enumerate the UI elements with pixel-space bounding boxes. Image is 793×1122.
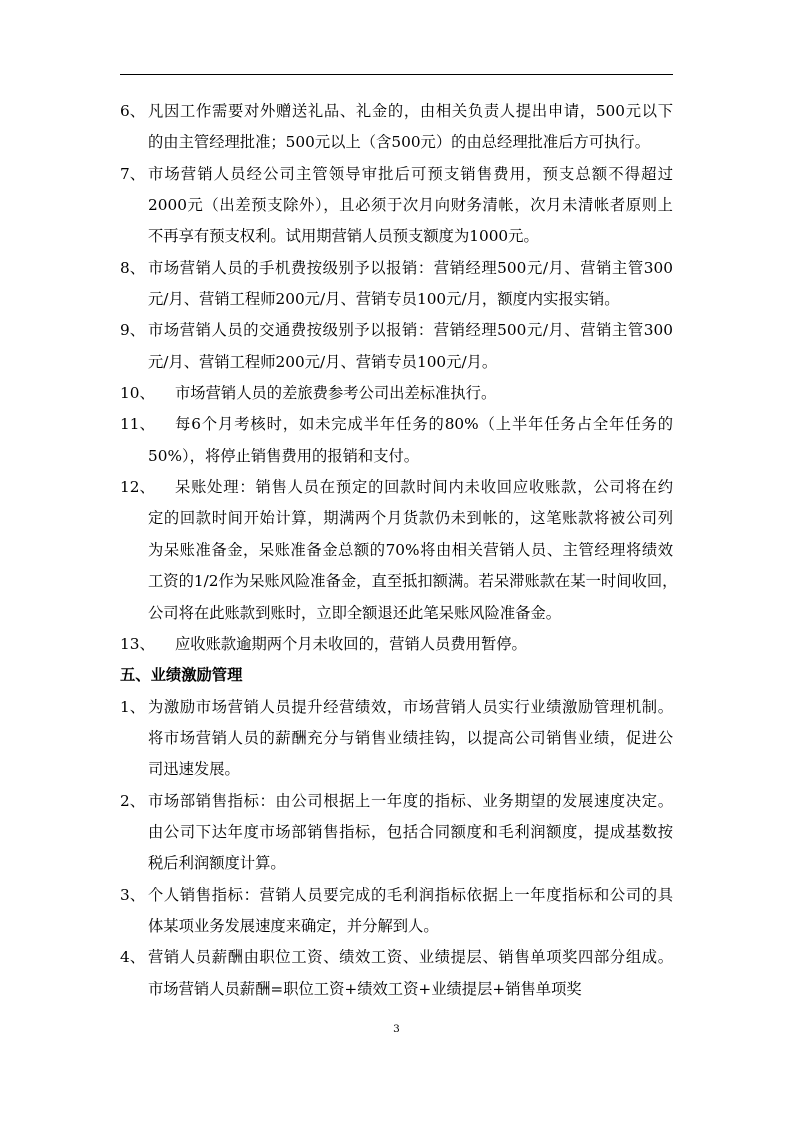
item-text-line: 税后利润额度计算。 [148,848,673,879]
list-item-6: 6、 凡因工作需要对外赠送礼品、礼金的，由相关负责人提出申请，500元以下 的由… [120,96,673,159]
list-item-9: 9、 市场营销人员的交通费按级别予以报销：营销经理500元/月、营销主管300 … [120,315,673,378]
section-heading: 五、业绩激励管理 [120,660,673,691]
item-text-line: 将市场营销人员的薪酬充分与销售业绩挂钩，以提高公司销售业绩，促进公 [148,723,673,754]
item-text-line: 不再享有预支权利。试用期营销人员预支额度为1000元。 [148,221,673,252]
header-rule [120,74,673,75]
item-number: 11、 [120,409,155,440]
list-item-b1: 1、 为激励市场营销人员提升经营绩效，市场营销人员实行业绩激励管理机制。 将市场… [120,692,673,786]
item-text-line: 2000元（出差预支除外），且必须于次月向财务清帐，次月未清帐者原则上 [148,190,673,221]
item-text-line: 工资的1/2作为呆账风险准备金，直至抵扣额满。若呆滞账款在某一时间收回， [148,566,673,597]
item-text-line: 由公司下达年度市场部销售指标，包括合同额度和毛利润额度，提成基数按 [148,817,673,848]
item-number: 3、 [120,880,145,911]
list-item-13: 13、 应收账款逾期两个月未收回的，营销人员费用暂停。 [120,629,673,660]
item-number: 10、 [120,378,155,409]
list-item-b4: 4、 营销人员薪酬由职位工资、绩效工资、业绩提层、销售单项奖四部分组成。 市场营… [120,942,673,1005]
list-item-b3: 3、 个人销售指标：营销人员要完成的毛利润指标依据上一年度指标和公司的具 体某项… [120,880,673,943]
item-number: 1、 [120,692,145,723]
item-number: 8、 [120,253,145,284]
item-text-line: 市场营销人员薪酬=职位工资+绩效工资+业绩提层+销售单项奖 [148,974,673,1005]
document-body: 6、 凡因工作需要对外赠送礼品、礼金的，由相关负责人提出申请，500元以下 的由… [120,96,673,1005]
item-text-line: 应收账款逾期两个月未收回的，营销人员费用暂停。 [148,629,673,660]
item-text-line: 市场营销人员经公司主管领导审批后可预支销售费用，预支总额不得超过 [148,159,673,190]
item-number: 9、 [120,315,145,346]
item-text-line: 市场营销人员的手机费按级别予以报销：营销经理500元/月、营销主管300 [148,253,673,284]
item-text-line: 司迅速发展。 [148,754,673,785]
item-number: 7、 [120,159,145,190]
list-item-8: 8、 市场营销人员的手机费按级别予以报销：营销经理500元/月、营销主管300 … [120,253,673,316]
item-text-line: 为激励市场营销人员提升经营绩效，市场营销人员实行业绩激励管理机制。 [148,692,673,723]
item-text-line: 呆账处理：销售人员在预定的回款时间内未收回应收账款，公司将在约 [148,472,673,503]
item-text-line: 元/月、营销工程师200元/月、营销专员100元/月。 [148,347,673,378]
item-text-line: 个人销售指标：营销人员要完成的毛利润指标依据上一年度指标和公司的具 [148,880,673,911]
page-number: 3 [0,1022,793,1036]
list-item-b2: 2、 市场部销售指标：由公司根据上一年度的指标、业务期望的发展速度决定。 由公司… [120,786,673,880]
item-text-line: 营销人员薪酬由职位工资、绩效工资、业绩提层、销售单项奖四部分组成。 [148,942,673,973]
item-text-line: 的由主管经理批准；500元以上（含500元）的由总经理批准后方可执行。 [148,127,673,158]
list-item-12: 12、 呆账处理：销售人员在预定的回款时间内未收回应收账款，公司将在约 定的回款… [120,472,673,629]
item-number: 12、 [120,472,155,503]
item-text-line: 每6个月考核时，如未完成半年任务的80%（上半年任务占全年任务的 [148,409,673,440]
item-text-line: 公司将在此账款到账时，立即全额退还此笔呆账风险准备金。 [148,598,673,629]
item-number: 13、 [120,629,155,660]
item-text-line: 市场营销人员的交通费按级别予以报销：营销经理500元/月、营销主管300 [148,315,673,346]
item-number: 2、 [120,786,145,817]
item-number: 6、 [120,96,145,127]
item-text-line: 元/月、营销工程师200元/月、营销专员100元/月，额度内实报实销。 [148,284,673,315]
list-item-11: 11、 每6个月考核时，如未完成半年任务的80%（上半年任务占全年任务的 50%… [120,409,673,472]
item-text-line: 为呆账准备金，呆账准备金总额的70%将由相关营销人员、主管经理将绩效 [148,535,673,566]
item-number: 4、 [120,942,145,973]
list-item-7: 7、 市场营销人员经公司主管领导审批后可预支销售费用，预支总额不得超过 2000… [120,159,673,253]
item-text-line: 定的回款时间开始计算，期满两个月货款仍未到帐的，这笔账款将被公司列 [148,503,673,534]
item-text-line: 50%），将停止销售费用的报销和支付。 [148,441,673,472]
list-item-10: 10、 市场营销人员的差旅费参考公司出差标准执行。 [120,378,673,409]
item-text-line: 凡因工作需要对外赠送礼品、礼金的，由相关负责人提出申请，500元以下 [148,96,673,127]
item-text-line: 体某项业务发展速度来确定，并分解到人。 [148,911,673,942]
item-text-line: 市场营销人员的差旅费参考公司出差标准执行。 [148,378,673,409]
item-text-line: 市场部销售指标：由公司根据上一年度的指标、业务期望的发展速度决定。 [148,786,673,817]
